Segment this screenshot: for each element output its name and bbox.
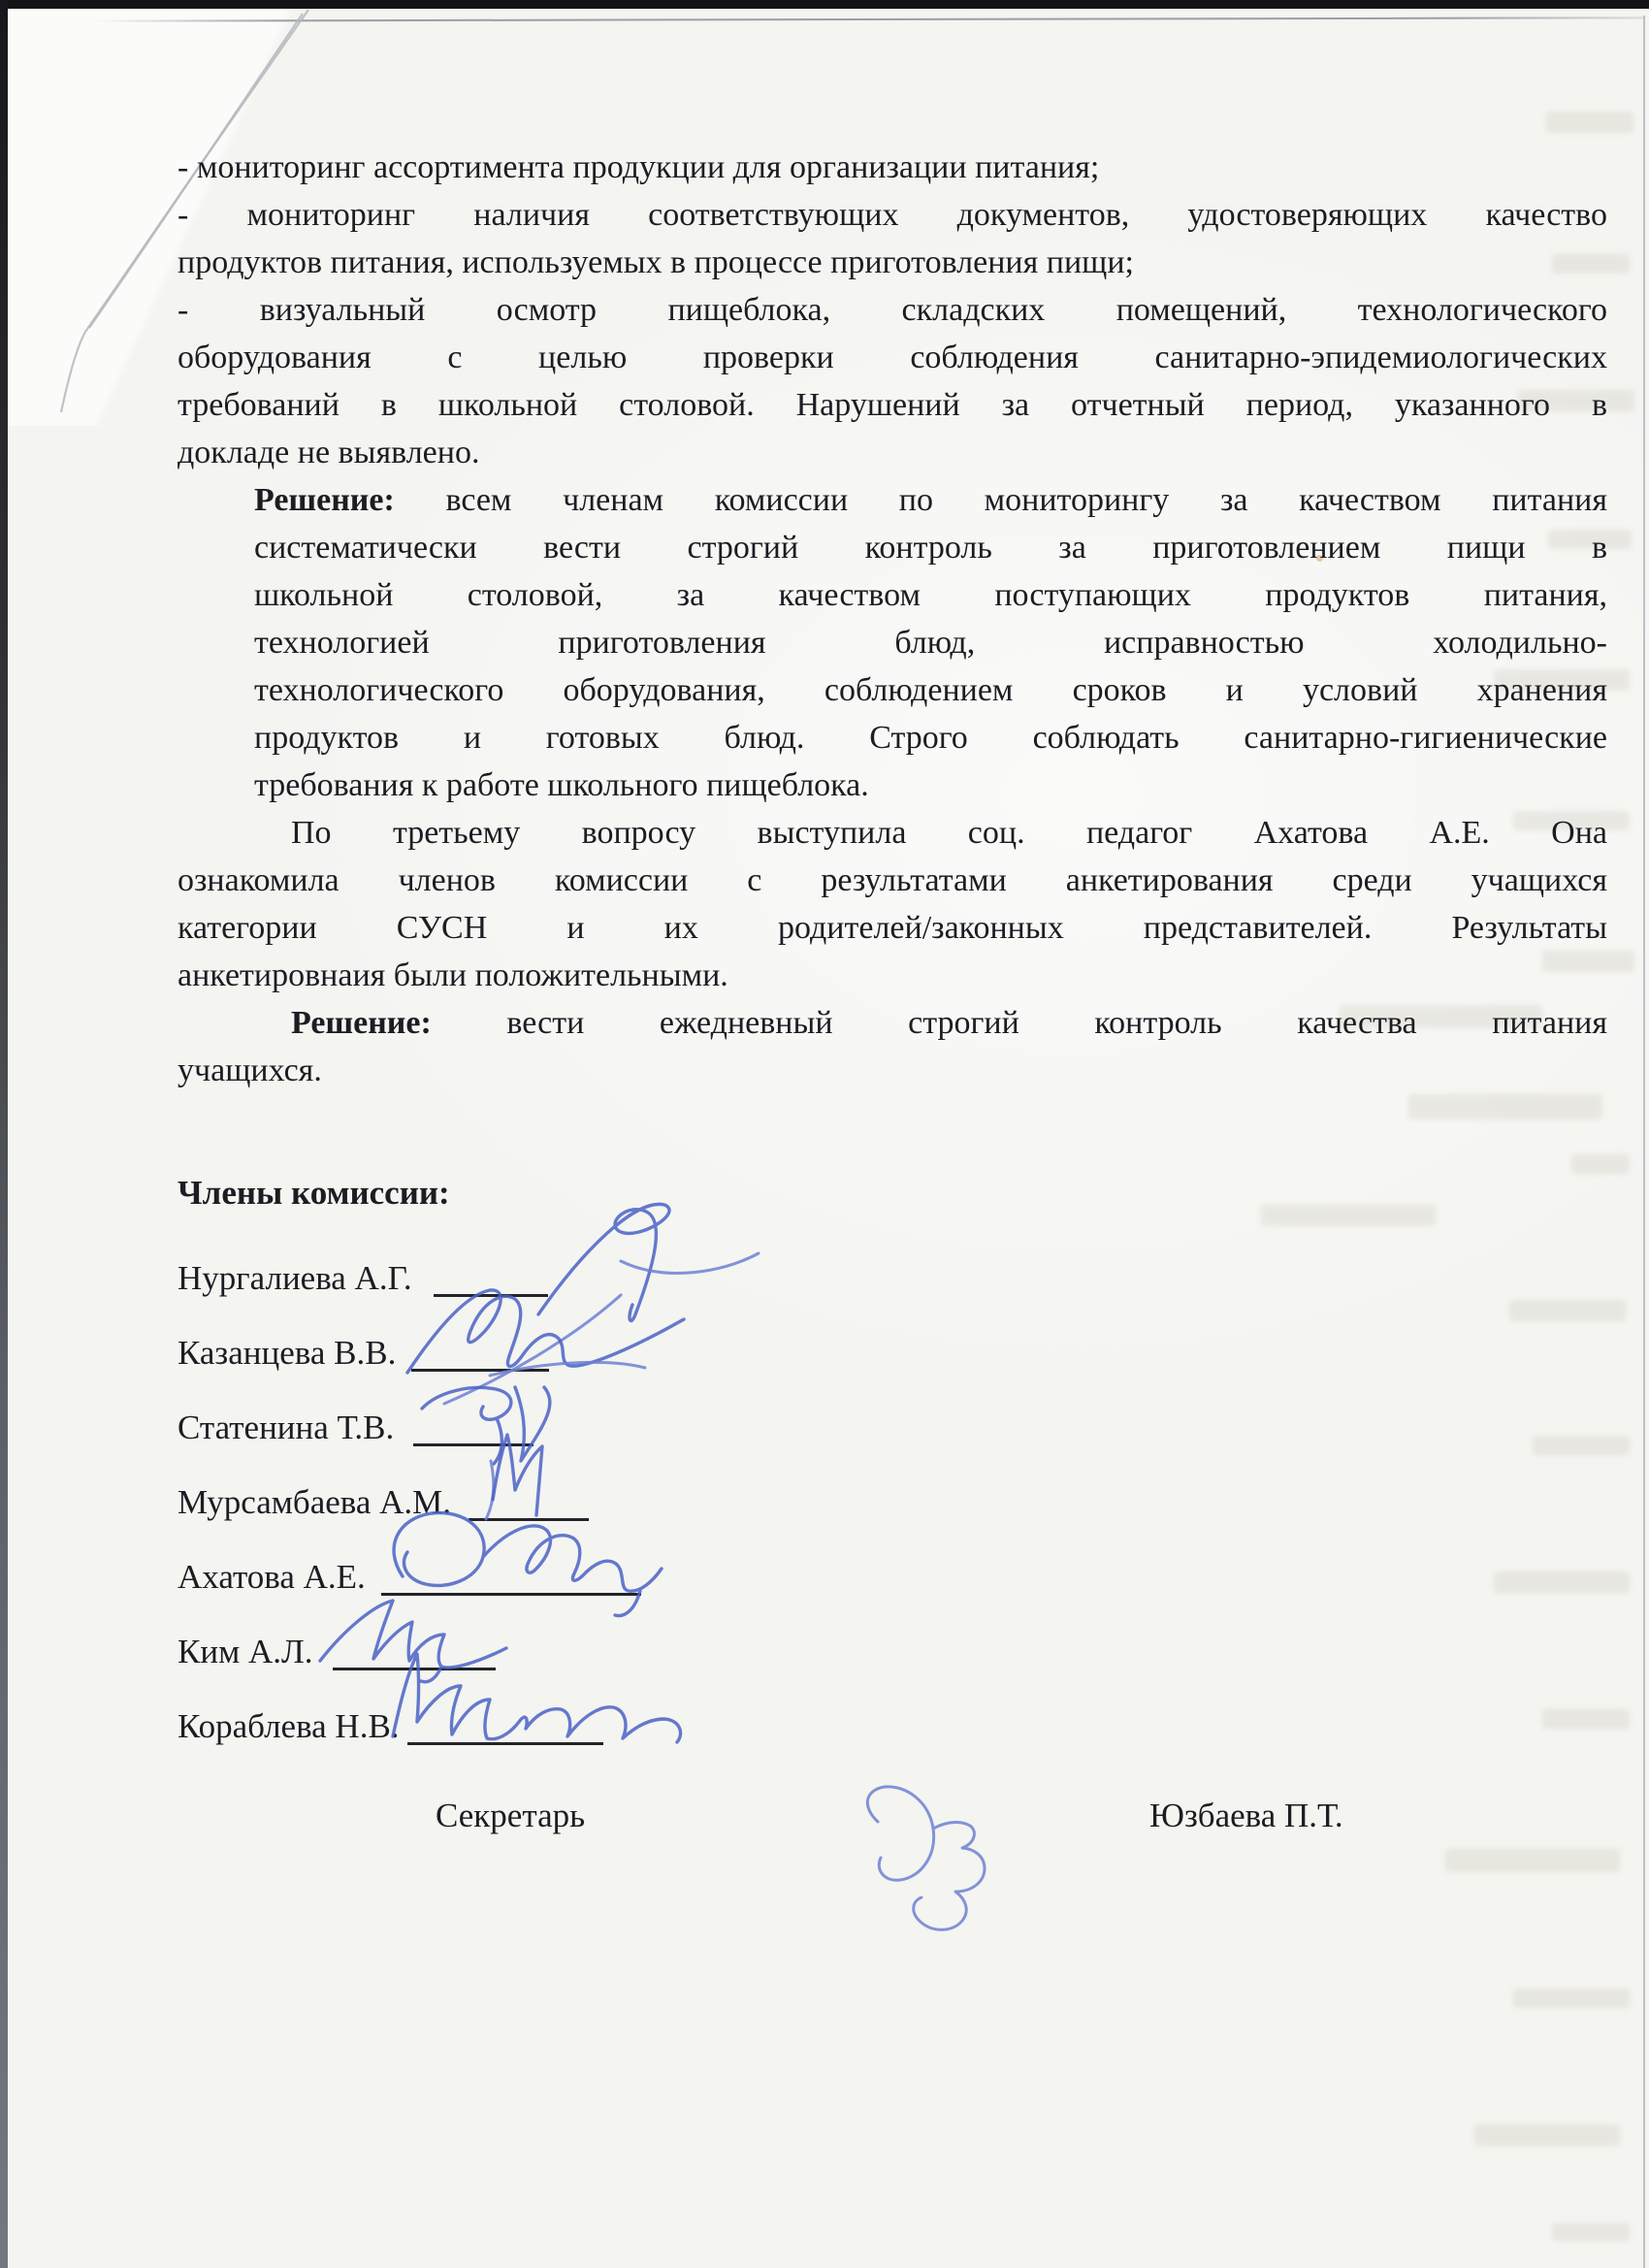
text-line: - мониторинг наличия соответствующих док… bbox=[178, 191, 1607, 239]
secretary-label: Секретарь bbox=[436, 1797, 585, 1835]
bleedthrough-mark bbox=[1494, 1571, 1630, 1593]
signature-line bbox=[333, 1660, 496, 1670]
scan-edge-left bbox=[0, 0, 8, 2268]
member-name: Нургалиева А.Г. bbox=[178, 1260, 412, 1298]
bleedthrough-mark bbox=[1261, 1205, 1436, 1226]
secretary-row: Секретарь Юзбаева П.Т. bbox=[178, 1797, 1607, 1855]
member-row: Ахатова А.Е. bbox=[178, 1529, 1051, 1604]
text-line: систематически вести строгий контроль за… bbox=[178, 524, 1607, 571]
member-row: Казанцева В.В. bbox=[178, 1305, 1051, 1379]
bleedthrough-mark bbox=[1509, 1300, 1626, 1321]
member-row: Статенина Т.В. bbox=[178, 1379, 1051, 1454]
bleedthrough-mark bbox=[1571, 1154, 1630, 1174]
bleedthrough-mark bbox=[1533, 1436, 1630, 1455]
decision-label: Решение: bbox=[291, 1005, 432, 1041]
text-line: требований в школьной столовой. Нарушени… bbox=[178, 381, 1607, 429]
text-line: технологией приготовления блюд, исправно… bbox=[178, 619, 1607, 666]
member-name: Казанцева В.В. bbox=[178, 1335, 396, 1373]
signature-line bbox=[411, 1361, 549, 1372]
signature-line bbox=[413, 1436, 533, 1446]
text-line: ознакомила членов комиссии с результатам… bbox=[178, 857, 1607, 904]
bleedthrough-mark bbox=[1408, 1094, 1602, 1119]
secretary-name: Юзбаева П.Т. bbox=[1149, 1797, 1343, 1835]
member-name: Мурсамбаева А.М. bbox=[178, 1484, 451, 1522]
scanned-document-page: - мониторинг ассортимента продукции для … bbox=[0, 0, 1649, 2268]
text-line: - мониторинг ассортимента продукции для … bbox=[178, 144, 1607, 191]
scan-edge-top bbox=[0, 0, 1649, 9]
text-line: продуктов и готовых блюд. Строго соблюда… bbox=[178, 714, 1607, 761]
body-text: - мониторинг ассортимента продукции для … bbox=[178, 144, 1607, 1094]
bleedthrough-mark bbox=[1542, 1709, 1630, 1729]
member-row: Ким А.Л. bbox=[178, 1604, 1051, 1678]
text-line: технологического оборудования, соблюдени… bbox=[178, 666, 1607, 714]
signature-line bbox=[434, 1286, 548, 1297]
text-line: Решение: всем членам комиссии по монитор… bbox=[178, 476, 1607, 524]
signature-line bbox=[469, 1510, 589, 1521]
text-line: - визуальный осмотр пищеблока, складских… bbox=[178, 286, 1607, 334]
text-line: По третьему вопросу выступила соц. педаг… bbox=[178, 809, 1607, 857]
text-line: требования к работе школьного пищеблока. bbox=[178, 761, 1607, 809]
member-name: Ким А.Л. bbox=[178, 1634, 313, 1671]
members-heading: Члены комиссии: bbox=[178, 1174, 450, 1213]
paper-edge-right bbox=[1643, 16, 1645, 2268]
bleedthrough-mark bbox=[1513, 1989, 1630, 2008]
text-line: продуктов питания, используемых в процес… bbox=[178, 239, 1607, 286]
text-line: анкетировнаия были положительными. bbox=[178, 952, 1607, 999]
member-name: Статенина Т.В. bbox=[178, 1409, 394, 1447]
member-name: Ахатова А.Е. bbox=[178, 1559, 366, 1597]
text-line: Решение: вести ежедневный строгий контро… bbox=[178, 999, 1607, 1047]
text-line: учащихся. bbox=[178, 1047, 1607, 1094]
bleedthrough-mark bbox=[1546, 112, 1633, 133]
signature-line bbox=[407, 1734, 603, 1745]
text-line: категории СУСН и их родителей/законных п… bbox=[178, 904, 1607, 952]
member-row: Нургалиева А.Г. bbox=[178, 1230, 1051, 1305]
members-list: Нургалиева А.Г.Казанцева В.В.Статенина Т… bbox=[178, 1230, 1051, 1753]
bleedthrough-mark bbox=[1474, 2124, 1620, 2146]
member-row: Кораблева Н.В. bbox=[178, 1678, 1051, 1753]
decision-label: Решение: bbox=[254, 482, 395, 518]
bleedthrough-mark bbox=[1552, 2223, 1630, 2241]
member-row: Мурсамбаева А.М. bbox=[178, 1454, 1051, 1529]
text-line: докладе не выявлено. bbox=[178, 429, 1607, 476]
text-line: школьной столовой, за качеством поступаю… bbox=[178, 571, 1607, 619]
text-line: оборудования с целью проверки соблюдения… bbox=[178, 334, 1607, 381]
signature-line bbox=[381, 1585, 641, 1596]
member-name: Кораблева Н.В. bbox=[178, 1708, 400, 1746]
